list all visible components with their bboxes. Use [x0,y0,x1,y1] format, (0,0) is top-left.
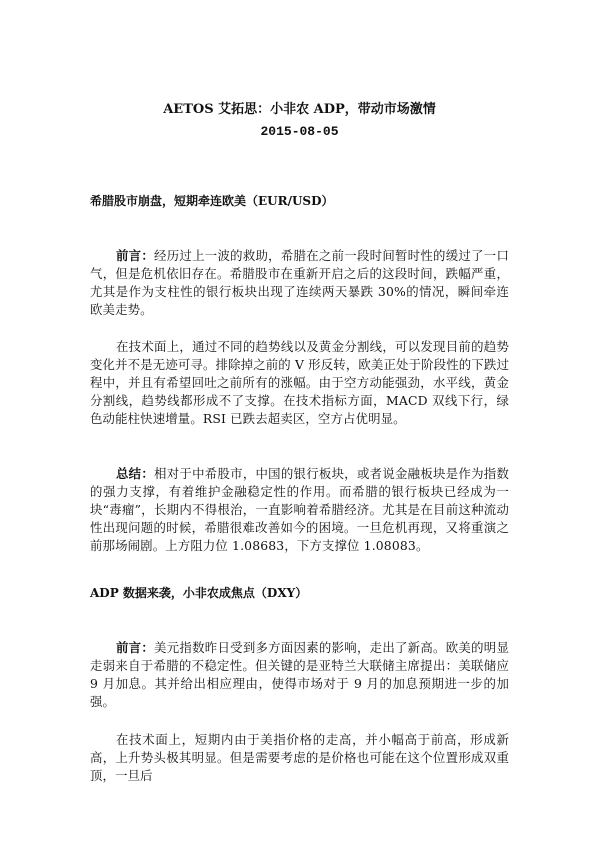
paragraph-eurusd-intro: 前言：经历过上一波的救助，希腊在之前一段时间暂时性的缓过了一口气，但是危机依旧存… [90,247,509,319]
paragraph-eurusd-technical: 在技术面上，通过不同的趋势线以及黄金分割线，可以发现目前的趋势变化并不是无迹可寻… [90,338,509,428]
paragraph-dxy-intro: 前言：美元指数昨日受到多方面因素的影响，走出了新高。欧美的明显走弱来自于希腊的不… [90,639,509,711]
document-title: AETOS 艾拓思：小非农 ADP，带动市场激情 [90,102,509,118]
summary-label: 总结： [116,466,154,481]
intro-label: 前言： [116,640,154,655]
paragraph-eurusd-summary: 总结：相对于中希股市，中国的银行板块，或者说金融板块是作为指数的强力支撑，有着维… [90,465,509,555]
section-heading-dxy: ADP 数据来袭，小非农成焦点（DXY） [90,585,509,601]
section-heading-eurusd: 希腊股市崩盘，短期牵连欧美（EUR/USD） [90,193,509,209]
paragraph-dxy-technical: 在技术面上，短期内由于美指价格的走高，并小幅高于前高，形成新高，上升势头极其明显… [90,731,509,785]
intro-label: 前言： [116,248,154,263]
document-date: 2015-08-05 [90,124,509,140]
